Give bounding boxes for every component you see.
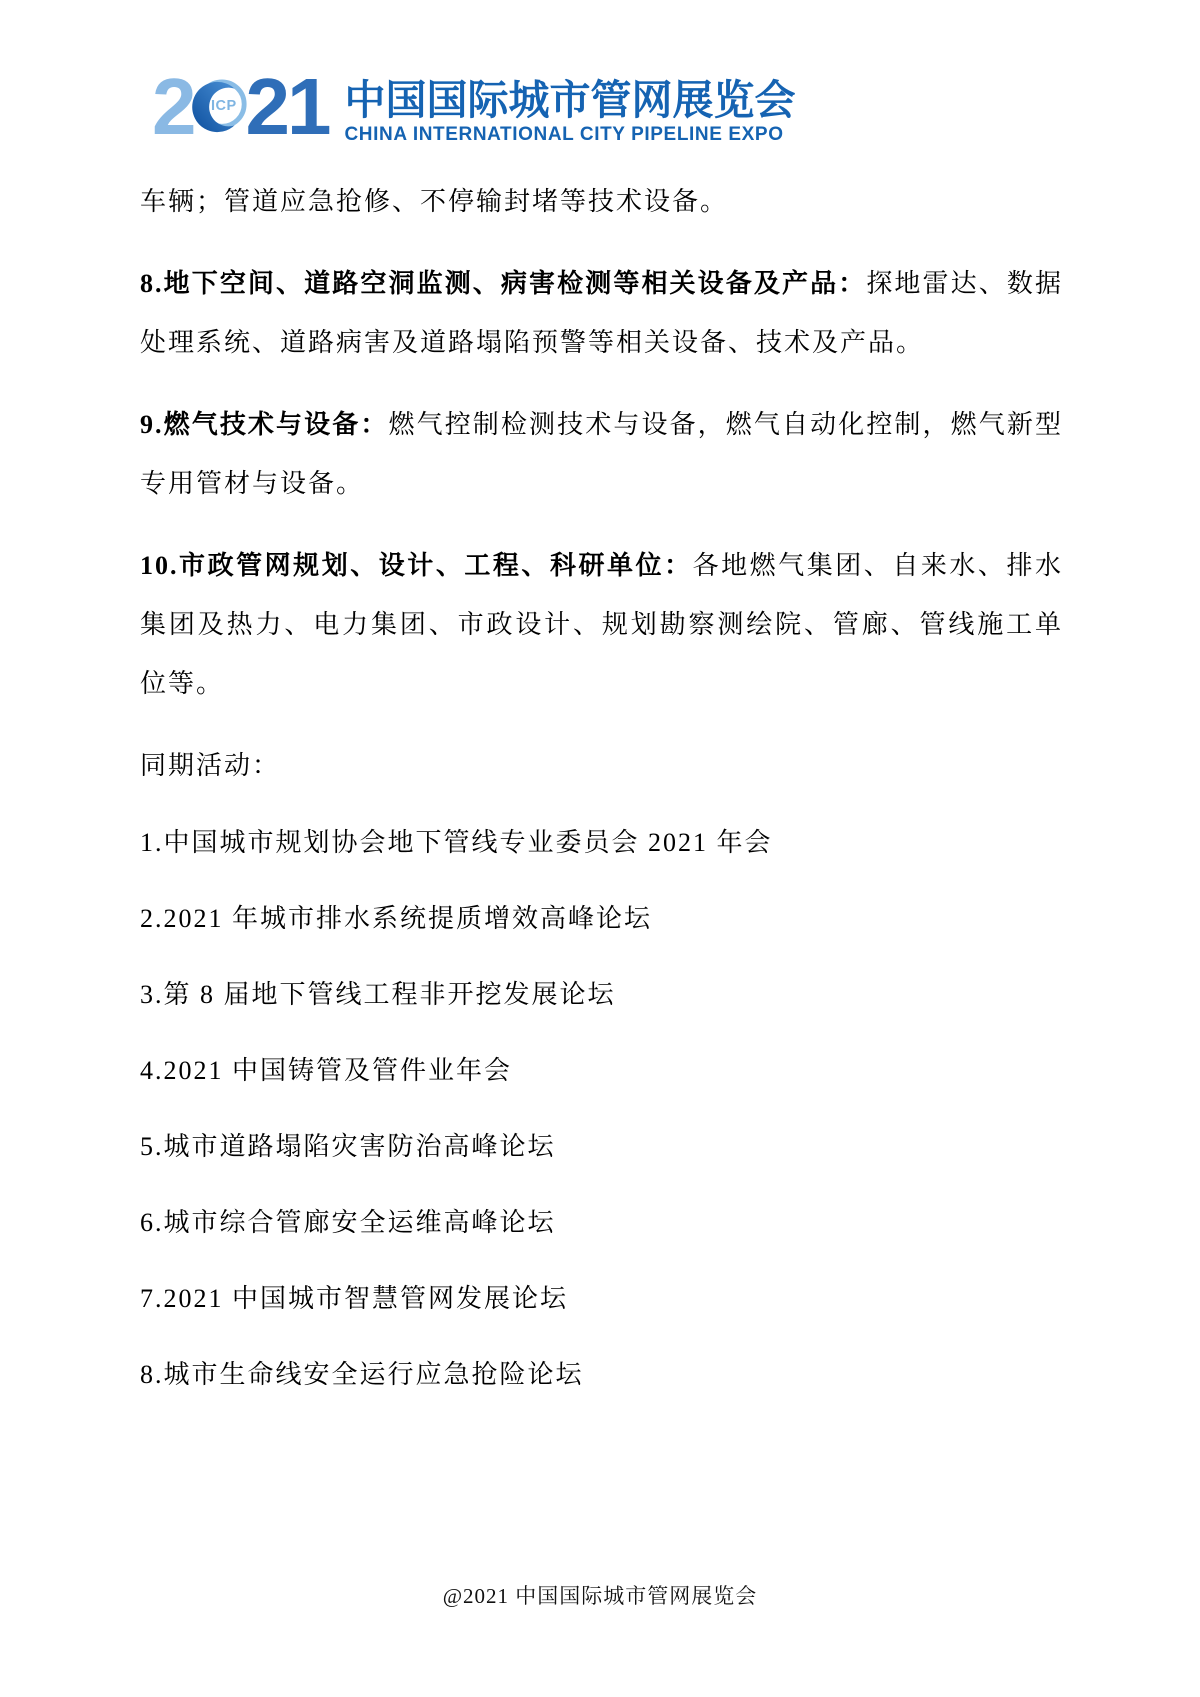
event-item-3: 3.第 8 届地下管线工程非开挖发展论坛 xyxy=(140,965,1063,1024)
category-8-head: 8.地下空间、道路空洞监测、病害检测等相关设备及产品： xyxy=(140,269,866,298)
event-item-4: 4.2021 中国铸管及管件业年会 xyxy=(140,1041,1063,1100)
logo-digit-2: 2 xyxy=(152,78,194,136)
document-body: 车辆；管道应急抢修、不停输封堵等技术设备。 8.地下空间、道路空洞监测、病害检测… xyxy=(140,172,1063,1421)
event-item-8: 8.城市生命线安全运行应急抢险论坛 xyxy=(140,1345,1063,1404)
footer-text: @2021 中国国际城市管网展览会 xyxy=(443,1584,758,1608)
category-9-head: 9.燃气技术与设备： xyxy=(140,410,388,439)
logo-digits-21: 21 xyxy=(246,78,329,136)
category-paragraph-10: 10.市政管网规划、设计、工程、科研单位：各地燃气集团、自来水、排水集团及热力、… xyxy=(140,536,1063,713)
category-paragraph-9: 9.燃气技术与设备：燃气控制检测技术与设备，燃气自动化控制，燃气新型专用管材与设… xyxy=(140,395,1063,513)
intro-text: 车辆；管道应急抢修、不停输封堵等技术设备。 xyxy=(140,187,728,216)
icp-badge-text: ICP xyxy=(211,98,237,114)
event-item-5: 5.城市道路塌陷灾害防治高峰论坛 xyxy=(140,1117,1063,1176)
category-paragraph-8: 8.地下空间、道路空洞监测、病害检测等相关设备及产品：探地雷达、数据处理系统、道… xyxy=(140,254,1063,372)
event-item-1: 1.中国城市规划协会地下管线专业委员会 2021 年会 xyxy=(140,813,1063,872)
icp-swoosh-icon: ICP xyxy=(191,78,249,136)
logo-year-2021: 2 ICP 21 xyxy=(152,78,328,136)
category-10-head: 10.市政管网规划、设计、工程、科研单位： xyxy=(140,551,693,580)
section-title-text: 同期活动： xyxy=(140,751,280,780)
event-item-7: 7.2021 中国城市智慧管网发展论坛 xyxy=(140,1269,1063,1328)
event-item-6: 6.城市综合管廊安全运维高峰论坛 xyxy=(140,1193,1063,1252)
section-title-concurrent-events: 同期活动： xyxy=(140,736,1063,795)
logo-title-cn: 中国国际城市管网展览会 xyxy=(344,78,795,122)
logo-title-en: CHINA INTERNATIONAL CITY PIPELINE EXPO xyxy=(344,125,795,145)
logo-title-block: 中国国际城市管网展览会 CHINA INTERNATIONAL CITY PIP… xyxy=(344,78,795,145)
intro-paragraph: 车辆；管道应急抢修、不停输封堵等技术设备。 xyxy=(140,172,1063,231)
expo-logo: 2 ICP 21 中国国际城市管网展览会 CHINA INTERNATIONAL… xyxy=(152,78,795,145)
event-item-2: 2.2021 年城市排水系统提质增效高峰论坛 xyxy=(140,889,1063,948)
page-footer: @2021 中国国际城市管网展览会 xyxy=(0,1583,1200,1609)
